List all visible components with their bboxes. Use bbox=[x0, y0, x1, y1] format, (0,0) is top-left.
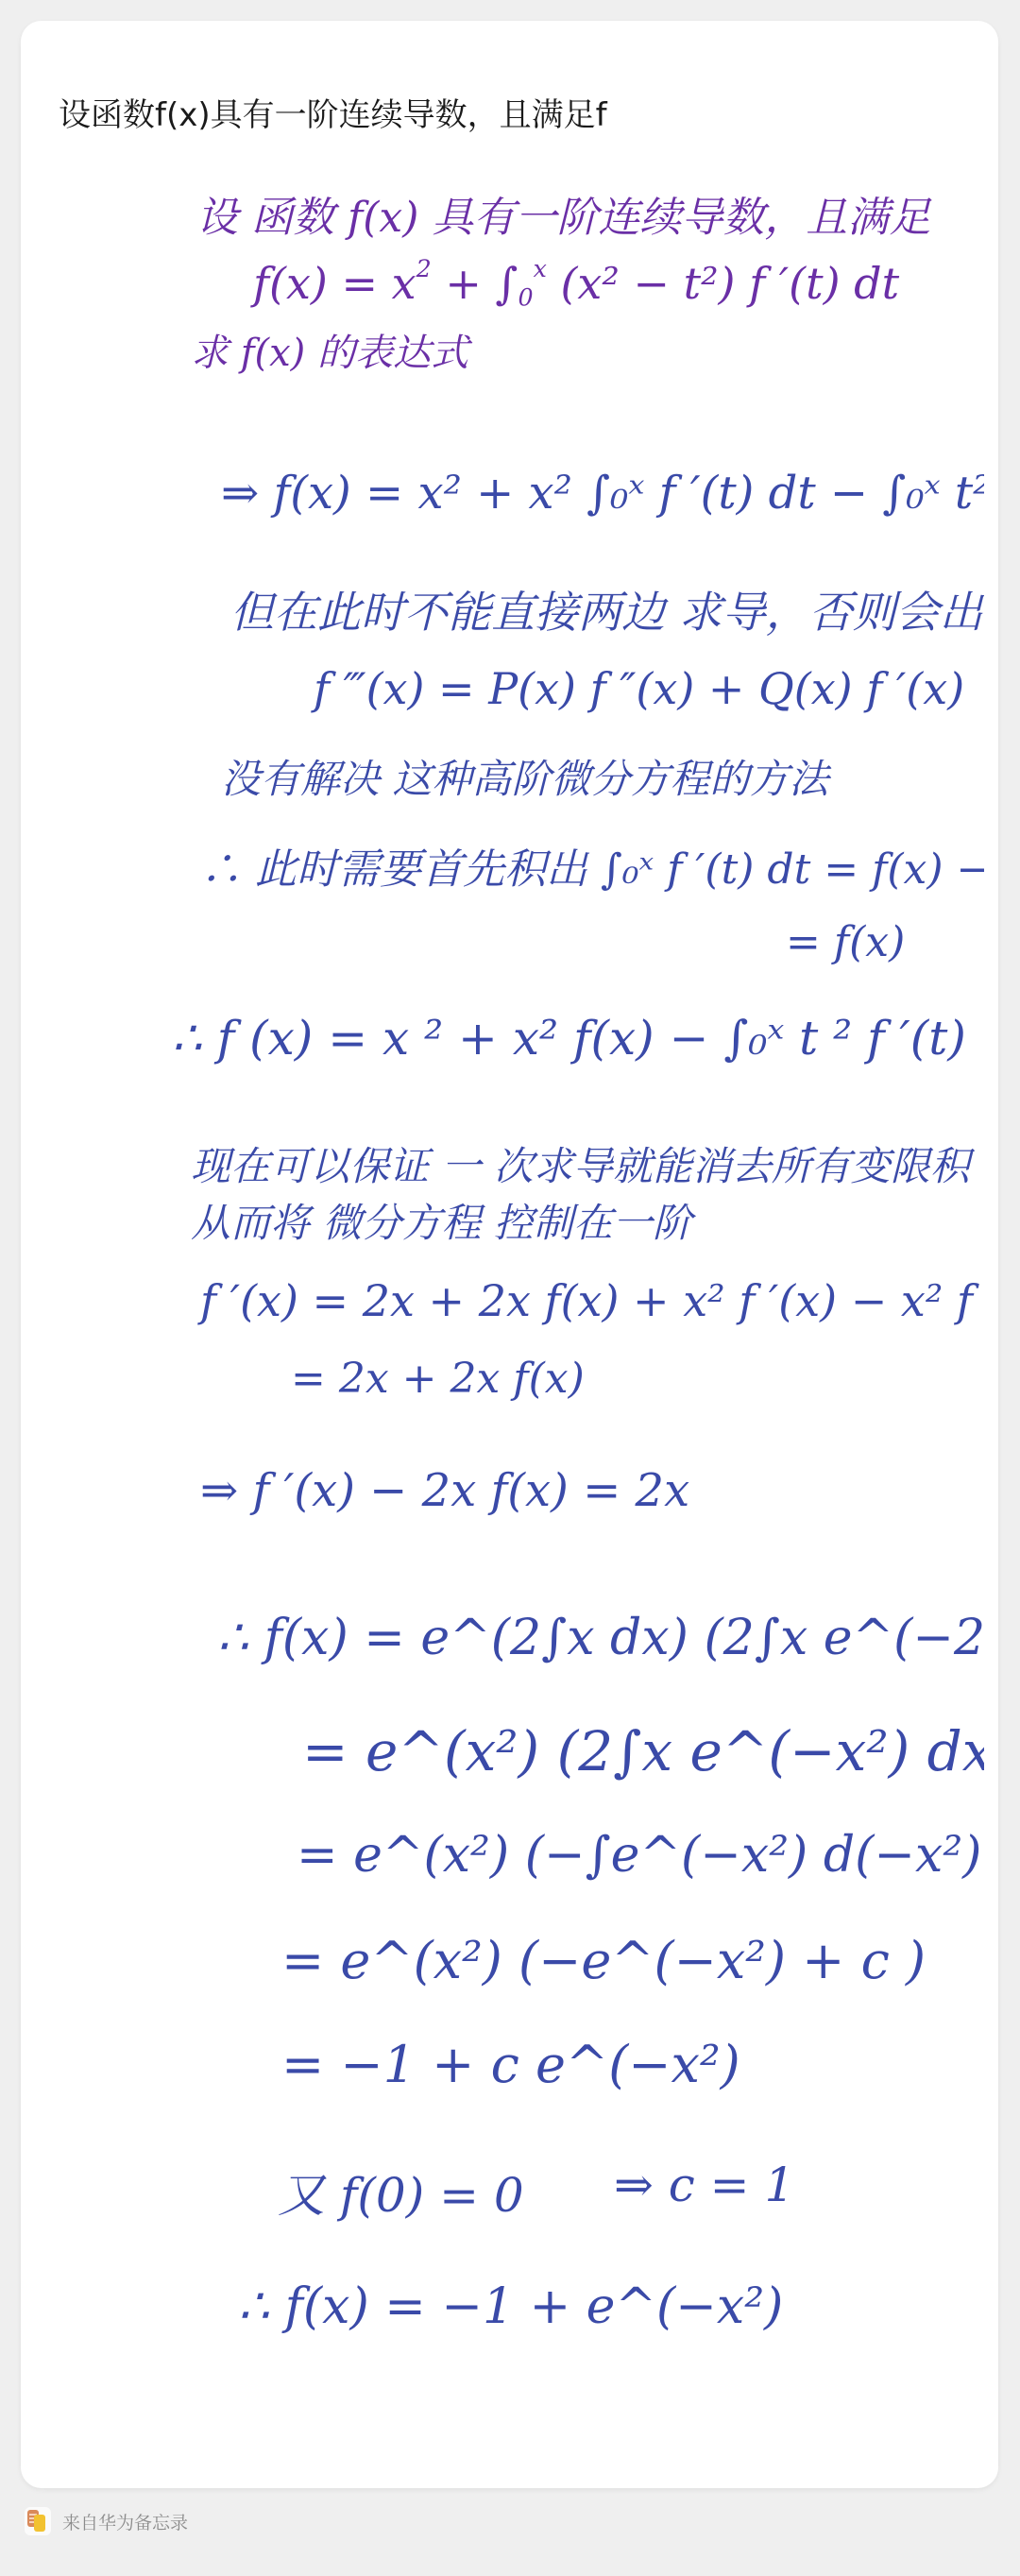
solution-line-14: = e^(x²) (2∫x e^(−x²) dx + c ) bbox=[302, 1719, 984, 1783]
solution-line-1: ⇒ f(x) = x² + x² ∫₀ˣ f ′(t) dt − ∫₀ˣ t² … bbox=[221, 467, 984, 520]
solution-line-4: 没有解决 这种高阶微分方程的方法 bbox=[221, 748, 828, 805]
problem-eq-integrand: (x² − t²) f ′(t) dt bbox=[547, 258, 899, 309]
solution-line-15: = e^(x²) (−∫e^(−x²) d(−x²) + c ) bbox=[297, 1827, 984, 1884]
solution-line-12: ⇒ f ′(x) − 2x f(x) = 2x bbox=[200, 1464, 689, 1517]
solution-line-10: f ′(x) = 2x + 2x f(x) + x² f ′(x) − x² f… bbox=[200, 1275, 984, 1326]
integrating-factor-formula: ∴ f(x) = e^(2∫x dx) (2∫x e^(−2∫x dx) dx … bbox=[217, 1610, 984, 1666]
problem-eq-lhs: f(x) = x bbox=[253, 258, 416, 309]
solution-line-7: ∴ f (x) = x ² + x² f(x) − ∫₀ˣ t ² f ′(t) bbox=[172, 1011, 966, 1066]
solution-line-19: ⇒ c = 1 bbox=[614, 2158, 794, 2212]
solution-line-17: = −1 + c e^(−x²) bbox=[281, 2035, 740, 2094]
problem-line-3: 求 f(x) 的表达式 bbox=[191, 323, 468, 377]
source-label: 来自华为备忘录 bbox=[62, 2509, 188, 2534]
note-title: 设函数f(x)具有一阶连续导数，且满足f bbox=[59, 89, 607, 135]
solution-line-16: = e^(x²) (−e^(−x²) + c ) bbox=[281, 1931, 926, 1990]
handwritten-image: 设 函数 f(x) 具有一阶连续导数，且满足 f(x) = x2 + ∫0x (… bbox=[59, 162, 984, 2467]
solution-line-3: f ‴(x) = P(x) f ″(x) + Q(x) f ′(x) bbox=[314, 663, 964, 714]
solution-line-11: = 2x + 2x f(x) bbox=[291, 1355, 585, 1403]
problem-line-2: f(x) = x2 + ∫0x (x² − t²) f ′(t) dt bbox=[253, 255, 899, 311]
problem-line-1: 设 函数 f(x) 具有一阶连续导数，且满足 bbox=[196, 183, 930, 244]
solution-line-13: ∴ f(x) = e^(2∫x dx) (2∫x e^(−2∫x dx) dx … bbox=[217, 1610, 984, 1666]
source-footer: 来自华为备忘录 bbox=[25, 2505, 188, 2537]
note-card: 设函数f(x)具有一阶连续导数，且满足f 设 函数 f(x) 具有一阶连续导数，… bbox=[21, 21, 998, 2488]
solution-line-6: = f(x) bbox=[786, 918, 905, 966]
solution-line-8: 现在可以保证 一 次求导就能消去所有变限积 bbox=[191, 1135, 970, 1192]
solution-line-18: 又 f(0) = 0 bbox=[278, 2158, 524, 2226]
solution-line-20: ∴ f(x) = −1 + e^(−x²) bbox=[238, 2278, 783, 2335]
problem-eq-integral: + ∫ bbox=[432, 258, 518, 309]
solution-line-5: ∴ 此时需要首先积出 ∫₀ˣ f ′(t) dt = f(x) − f(0 bbox=[200, 835, 984, 896]
solution-line-9: 从而将 微分方程 控制在一阶 bbox=[191, 1192, 692, 1249]
solution-line-2: 但在此时不能直接两边 求导，否则会出现 bbox=[230, 578, 984, 640]
huawei-notes-icon bbox=[25, 2507, 51, 2535]
